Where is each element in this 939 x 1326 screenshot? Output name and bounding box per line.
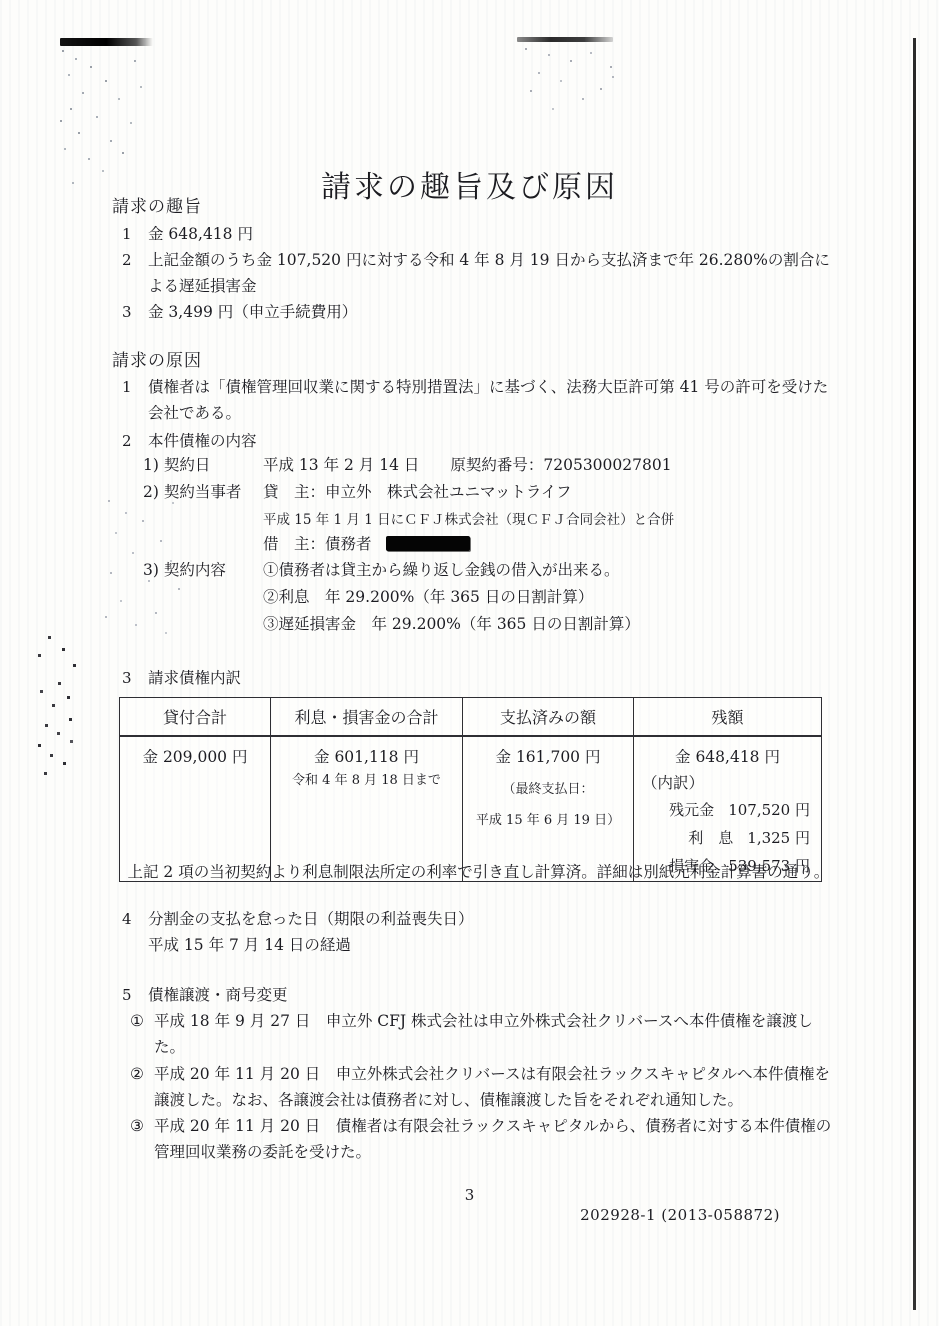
lender-line: 貸 主：申立外 株式会社ユニマットライフ	[263, 479, 571, 505]
contract-terms-row: 3) 契約内容 ①債務者は貸主から繰り返し金銭の借入が出来る。	[143, 557, 620, 583]
purpose-heading: 請求の趣旨	[112, 194, 202, 220]
contract-terms-label: 3) 契約内容	[143, 557, 263, 583]
scan-edge-line	[913, 38, 916, 1310]
cause-item-5-heading: 債権譲渡・商号変更	[148, 982, 834, 1008]
breakdown-principal: 残元金107,520 円	[635, 796, 820, 824]
interest-total-note: 令和 4 年 8 月 18 日まで	[272, 770, 461, 792]
terms-line-1: ①債務者は貸主から繰り返し金銭の借入が出来る。	[263, 557, 620, 583]
circled-number-3: ③	[130, 1113, 154, 1165]
redacted-debtor-name	[386, 536, 470, 551]
transfer-item-2: ② 平成 20 年 11 月 20 日 申立外株式会社クリバースは有限会社ラック…	[130, 1061, 834, 1113]
cause-item-4: 4 分割金の支払を怠った日（期限の利益喪失日）	[122, 906, 834, 932]
scan-smudge-top-left	[60, 38, 153, 46]
cause-item-2-heading: 本件債権の内容	[148, 428, 834, 454]
merger-note-line: 平成 15 年 1 月 1 日にＣＦＪ株式会社（現ＣＦＪ合同会社）と合併	[263, 508, 674, 532]
breakdown-interest: 利 息1,325 円	[635, 824, 820, 852]
cause-item-3: 3 請求債権内訳	[122, 665, 834, 691]
cause-item-2: 2 本件債権の内容	[122, 428, 834, 454]
table-header-row: 貸付合計 利息・損害金の合計 支払済みの額 残額	[120, 698, 822, 737]
borrower-label: 借 主：債務者	[263, 535, 372, 553]
contract-parties-label: 2) 契約当事者	[143, 479, 263, 505]
circled-number-2: ②	[130, 1061, 154, 1113]
contract-date-value: 平成 13 年 2 月 14 日 原契約番号：7205300027801	[263, 452, 672, 478]
scan-smudge-top-center	[517, 37, 613, 42]
interest-total-amount: 金 601,118 円	[272, 744, 461, 770]
cause-item-4-body: 平成 15 年 7 月 14 日の経過	[148, 932, 351, 958]
contract-parties-row: 2) 契約当事者 貸 主：申立外 株式会社ユニマットライフ	[143, 479, 571, 505]
balance-amount: 金 648,418 円	[635, 744, 820, 770]
item-number: 3	[122, 299, 148, 325]
contract-date-label: 1) 契約日	[143, 452, 263, 478]
purpose-item-3-text: 金 3,499 円（申立手続費用）	[148, 299, 834, 325]
header-paid-amount: 支払済みの額	[463, 698, 634, 737]
header-interest-total: 利息・損害金の合計	[271, 698, 463, 737]
scanned-legal-document-page: { "colors": { "ink": "#1c1c22", "redacti…	[0, 0, 939, 1326]
item-number: 2	[122, 247, 148, 299]
terms-line-3: ③遅延損害金 年 29.200%（年 365 日の日割計算）	[263, 611, 640, 637]
header-loan-total: 貸付合計	[120, 698, 271, 737]
cause-item-5: 5 債権譲渡・商号変更	[122, 982, 834, 1008]
terms-line-2: ②利息 年 29.200%（年 365 日の日割計算）	[263, 584, 593, 610]
transfer-1-text: 平成 18 年 9 月 27 日 申立外 CFJ 株式会社は申立外株式会社クリバ…	[154, 1008, 834, 1060]
paid-note-2: 平成 15 年 6 月 19 日）	[464, 810, 632, 832]
claim-breakdown-table: 貸付合計 利息・損害金の合計 支払済みの額 残額 金 209,000 円 金 6…	[119, 697, 822, 882]
cause-item-3-heading: 請求債権内訳	[148, 665, 834, 691]
item-number: 1	[122, 221, 148, 247]
purpose-item-1-text: 金 648,418 円	[148, 221, 834, 247]
item-number: 1	[122, 374, 148, 426]
cause-heading: 請求の原因	[112, 348, 202, 374]
transfer-item-3: ③ 平成 20 年 11 月 20 日 債権者は有限会社ラックスキャピタルから、…	[130, 1113, 834, 1165]
purpose-item-2-text: 上記金額のうち金 107,520 円に対する令和 4 年 8 月 19 日から支…	[148, 247, 834, 299]
item-number: 5	[122, 982, 148, 1008]
cause-item-4-heading: 分割金の支払を怠った日（期限の利益喪失日）	[148, 906, 834, 932]
item-number: 3	[122, 665, 148, 691]
item-number: 2	[122, 428, 148, 454]
paid-amount: 金 161,700 円	[464, 744, 632, 770]
transfer-item-1: ① 平成 18 年 9 月 27 日 申立外 CFJ 株式会社は申立外株式会社ク…	[130, 1008, 834, 1060]
purpose-item-1: 1 金 648,418 円	[122, 221, 834, 247]
transfer-2-text: 平成 20 年 11 月 20 日 申立外株式会社クリバースは有限会社ラックスキ…	[154, 1061, 834, 1113]
cause-item-1: 1 債権者は「債権管理回収業に関する特別措置法」に基づく、法務大臣許可第 41 …	[122, 374, 834, 426]
cause-item-1-text: 債権者は「債権管理回収業に関する特別措置法」に基づく、法務大臣許可第 41 号の…	[148, 374, 834, 426]
purpose-item-3: 3 金 3,499 円（申立手続費用）	[122, 299, 834, 325]
purpose-item-2: 2 上記金額のうち金 107,520 円に対する令和 4 年 8 月 19 日か…	[122, 247, 834, 299]
contract-date-row: 1) 契約日 平成 13 年 2 月 14 日 原契約番号：7205300027…	[143, 452, 672, 478]
scan-noise-left-margin-dots	[0, 0, 3, 3]
page-number: 3	[0, 1186, 939, 1204]
borrower-line: 借 主：債務者	[263, 531, 470, 557]
header-balance: 残額	[634, 698, 822, 737]
paid-note-1: （最終支払日：	[464, 779, 632, 801]
document-reference: 202928-1 (2013-058872)	[560, 1206, 780, 1224]
loan-total-amount: 金 209,000 円	[121, 744, 269, 770]
transfer-3-text: 平成 20 年 11 月 20 日 債権者は有限会社ラックスキャピタルから、債務…	[154, 1113, 834, 1165]
circled-number-1: ①	[130, 1008, 154, 1060]
table-note: 上記 2 項の当初契約より利息制限法所定の利率で引き直し計算済。詳細は別紙元利金…	[112, 859, 832, 885]
balance-breakdown-label: （内訳）	[635, 770, 820, 796]
item-number: 4	[122, 906, 148, 932]
